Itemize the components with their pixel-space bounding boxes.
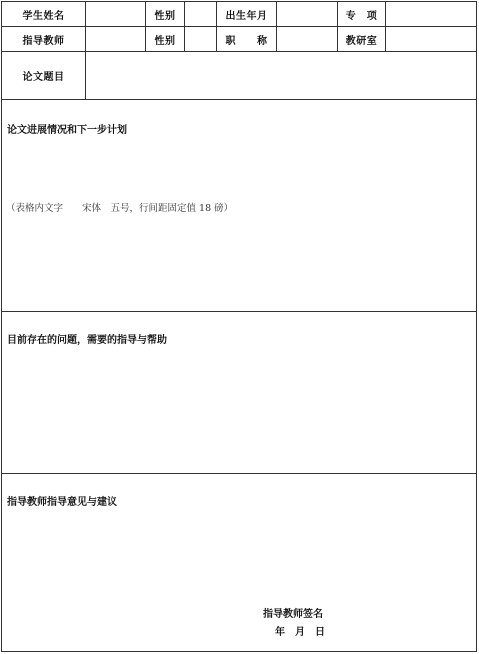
label-specialty: 专 项 xyxy=(338,2,385,26)
department-field[interactable] xyxy=(386,27,476,51)
format-hint: （表格内文字 宋体 五号，行间距固定值 18 磅） xyxy=(6,200,233,214)
student-name-field[interactable] xyxy=(86,2,145,26)
label-student-name: 学生姓名 xyxy=(2,2,85,26)
section-title-advisor-comments: 指导教师指导意见与建议 xyxy=(7,493,117,508)
thesis-title-field[interactable] xyxy=(86,52,476,99)
section-title-problems: 目前存在的问题，需要的指导与帮助 xyxy=(7,331,167,346)
advisor-name-field[interactable] xyxy=(86,27,145,51)
label-title: 职 称 xyxy=(217,27,276,51)
title-field[interactable] xyxy=(277,27,337,51)
label-birth-date: 出生年月 xyxy=(217,2,276,26)
advisor-gender-field[interactable] xyxy=(185,27,216,51)
student-gender-field[interactable] xyxy=(185,2,216,26)
label-department: 教研室 xyxy=(338,27,385,51)
label-advisor: 指导教师 xyxy=(2,27,85,51)
label-thesis-title: 论文题目 xyxy=(2,52,85,99)
advisor-signature-label: 指导教师签名 xyxy=(263,605,323,620)
label-advisor-gender: 性别 xyxy=(146,27,184,51)
signature-date-label: 年 月 日 xyxy=(275,623,325,638)
section-title-progress: 论文进展情况和下一步计划 xyxy=(7,121,127,136)
label-student-gender: 性别 xyxy=(146,2,184,26)
progress-report-form: 学生姓名 性别 出生年月 专 项 指导教师 性别 职 称 教研室 论文题目 论文… xyxy=(1,1,477,652)
birth-date-field[interactable] xyxy=(277,2,337,26)
specialty-field[interactable] xyxy=(386,2,476,26)
